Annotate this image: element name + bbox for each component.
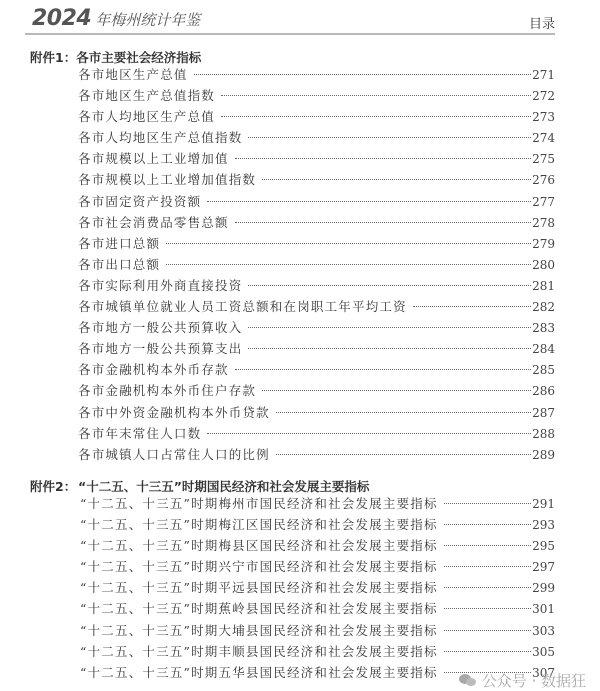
toc-entry[interactable]: “十二五、十三五”时期蕉岭县国民经济和社会发展主要指标301 [80,599,555,620]
appendix1-label: 附件1： [30,48,76,66]
toc-entry[interactable]: “十二五、十三五”时期梅县区国民经济和社会发展主要指标295 [80,536,555,557]
toc-entry-title: 各市人均地区生产总值 [78,107,215,125]
toc-entry[interactable]: 各市固定资产投资额277 [78,192,555,213]
toc-entry-title: 各市金融机构本外币住户存款 [78,381,256,399]
toc-entry[interactable]: “十二五、十三五”时期丰顺县国民经济和社会发展主要指标305 [80,642,555,663]
dot-leader [221,95,531,96]
toc-entry-page: 289 [532,448,555,462]
toc-entry-page: 280 [532,258,555,272]
toc-entry-title: 各市城镇单位就业人员工资总额和在岗职工年平均工资 [78,297,407,315]
section-label: 目录 [529,13,555,32]
toc-entry[interactable]: 各市中外资金融机构本外币贷款287 [78,403,555,424]
page-header: 2024年梅州统计年鉴 目录 [25,0,555,35]
toc-entry-title: 各市出口总额 [78,255,160,273]
dot-leader [444,630,531,631]
toc-entry-page: 293 [532,518,555,532]
toc-entry-page: 303 [532,624,555,638]
dot-leader [276,412,531,413]
toc-entry-page: 276 [532,173,555,187]
dot-leader [235,369,531,370]
dot-leader [248,348,531,349]
toc-entry[interactable]: 各市城镇人口占常住人口的比例289 [78,445,555,466]
toc-entry-title: 各市地方一般公共预算收入 [78,318,242,336]
dot-leader [444,651,531,652]
toc-entry-title: “十二五、十三五”时期梅县区国民经济和社会发展主要指标 [80,536,438,554]
toc-entry[interactable]: “十二五、十三五”时期平远县国民经济和社会发展主要指标299 [80,578,555,599]
toc-entry-page: 283 [532,321,555,335]
dot-leader [444,608,531,609]
toc-entry[interactable]: 各市规模以上工业增加值指数276 [78,170,555,191]
dot-leader [235,158,531,159]
toc-entry[interactable]: 各市人均地区生产总值273 [78,107,555,128]
appendix2-toc-list: “十二五、十三五”时期梅州市国民经济和社会发展主要指标291“十二五、十三五”时… [80,494,555,684]
toc-entry-title: “十二五、十三五”时期梅江区国民经济和社会发展主要指标 [80,515,438,533]
toc-entry-page: 282 [532,300,555,314]
dot-leader [262,179,531,180]
toc-entry-page: 272 [532,89,555,103]
dot-leader [166,264,531,265]
toc-entry-page: 285 [532,363,555,377]
toc-entry[interactable]: 各市地方一般公共预算支出284 [78,339,555,360]
toc-entry-page: 278 [532,216,555,230]
toc-entry[interactable]: 各市地区生产总值指数272 [78,86,555,107]
toc-entry-page: 274 [532,131,555,145]
dot-leader [221,116,531,117]
watermark: 公众号 · 数据狂 [459,670,586,691]
dot-leader [207,201,531,202]
watermark-text: 公众号 · 数据狂 [482,670,586,691]
toc-entry[interactable]: 各市实际利用外商直接投资281 [78,276,555,297]
dot-leader [235,222,531,223]
toc-entry-title: “十二五、十三五”时期梅州市国民经济和社会发展主要指标 [80,494,438,512]
toc-entry-title: 各市地区生产总值指数 [78,86,215,104]
toc-entry-page: 279 [532,237,555,251]
toc-entry[interactable]: 各市年末常住人口数288 [78,424,555,445]
toc-entry-title: “十二五、十三五”时期蕉岭县国民经济和社会发展主要指标 [80,599,438,617]
toc-entry-title: 各市进口总额 [78,234,160,252]
toc-entry[interactable]: 各市地区生产总值271 [78,65,555,86]
toc-entry[interactable]: 各市金融机构本外币住户存款286 [78,381,555,402]
toc-entry-page: 273 [532,110,555,124]
toc-entry-page: 299 [532,581,555,595]
toc-entry-title: 各市人均地区生产总值指数 [78,128,242,146]
dot-leader [444,587,531,588]
dot-leader [444,503,531,504]
toc-entry[interactable]: 各市进口总额279 [78,234,555,255]
book-name: 年梅州统计年鉴 [95,11,200,29]
dot-leader [444,566,531,567]
toc-entry[interactable]: 各市地方一般公共预算收入283 [78,318,555,339]
dot-leader [248,285,531,286]
appendix1-toc-list: 各市地区生产总值271各市地区生产总值指数272各市人均地区生产总值273各市人… [78,65,555,466]
appendix1-title: 各市主要社会经济指标 [76,48,201,66]
toc-entry[interactable]: “十二五、十三五”时期兴宁市国民经济和社会发展主要指标297 [80,557,555,578]
toc-entry-page: 291 [532,497,555,511]
appendix2-heading: 附件2：“十二五、十三五”时期国民经济和社会发展主要指标 [30,477,369,495]
toc-entry-page: 286 [532,384,555,398]
toc-entry[interactable]: “十二五、十三五”时期梅江区国民经济和社会发展主要指标293 [80,515,555,536]
toc-entry-page: 281 [532,279,555,293]
toc-entry[interactable]: 各市规模以上工业增加值275 [78,149,555,170]
appendix2-label: 附件2： [30,477,78,495]
toc-entry-page: 287 [532,406,555,420]
toc-entry-title: 各市年末常住人口数 [78,424,201,442]
toc-entry[interactable]: “十二五、十三五”时期大埔县国民经济和社会发展主要指标303 [80,621,555,642]
toc-entry-title: “十二五、十三五”时期平远县国民经济和社会发展主要指标 [80,578,438,596]
toc-entry-page: 301 [532,602,555,616]
toc-entry-title: 各市固定资产投资额 [78,192,201,210]
dot-leader [262,390,531,391]
toc-entry[interactable]: “十二五、十三五”时期梅州市国民经济和社会发展主要指标291 [80,494,555,515]
dot-leader [207,433,531,434]
toc-entry[interactable]: 各市社会消费品零售总额278 [78,213,555,234]
toc-entry-title: 各市实际利用外商直接投资 [78,276,242,294]
toc-entry-title: 各市规模以上工业增加值 [78,149,229,167]
toc-entry-title: 各市金融机构本外币存款 [78,360,229,378]
appendix2-title: “十二五、十三五”时期国民经济和社会发展主要指标 [78,477,369,495]
toc-entry-title: 各市地方一般公共预算支出 [78,339,242,357]
dot-leader [194,74,531,75]
toc-entry-page: 295 [532,539,555,553]
toc-entry-page: 275 [532,152,555,166]
toc-entry-title: “十二五、十三五”时期五华县国民经济和社会发展主要指标 [80,663,438,681]
toc-entry-title: 各市中外资金融机构本外币贷款 [78,403,270,421]
toc-entry-title: 各市城镇人口占常住人口的比例 [78,445,270,463]
toc-entry[interactable]: 各市城镇单位就业人员工资总额和在岗职工年平均工资282 [78,297,555,318]
toc-entry-title: 各市社会消费品零售总额 [78,213,229,231]
toc-entry-title: 各市规模以上工业增加值指数 [78,170,256,188]
dot-leader [248,327,531,328]
toc-entry-page: 284 [532,342,555,356]
book-title: 2024年梅州统计年鉴 [32,6,200,31]
toc-entry-page: 277 [532,195,555,209]
dot-leader [166,243,531,244]
appendix1-heading: 附件1：各市主要社会经济指标 [30,48,201,66]
wechat-icon [459,674,477,688]
book-year: 2024 [32,6,91,31]
dot-leader [248,137,531,138]
dot-leader [444,524,531,525]
toc-entry[interactable]: 各市出口总额280 [78,255,555,276]
toc-entry-page: 288 [532,427,555,441]
dot-leader [444,545,531,546]
dot-leader [276,454,531,455]
toc-entry[interactable]: 各市人均地区生产总值指数274 [78,128,555,149]
toc-entry-title: “十二五、十三五”时期兴宁市国民经济和社会发展主要指标 [80,557,438,575]
dot-leader [413,306,531,307]
toc-entry-title: “十二五、十三五”时期大埔县国民经济和社会发展主要指标 [80,621,438,639]
toc-entry[interactable]: 各市金融机构本外币存款285 [78,360,555,381]
toc-entry-page: 271 [532,68,555,82]
toc-entry-page: 297 [532,560,555,574]
toc-entry-title: 各市地区生产总值 [78,65,188,83]
toc-entry-title: “十二五、十三五”时期丰顺县国民经济和社会发展主要指标 [80,642,438,660]
toc-entry-page: 305 [532,645,555,659]
